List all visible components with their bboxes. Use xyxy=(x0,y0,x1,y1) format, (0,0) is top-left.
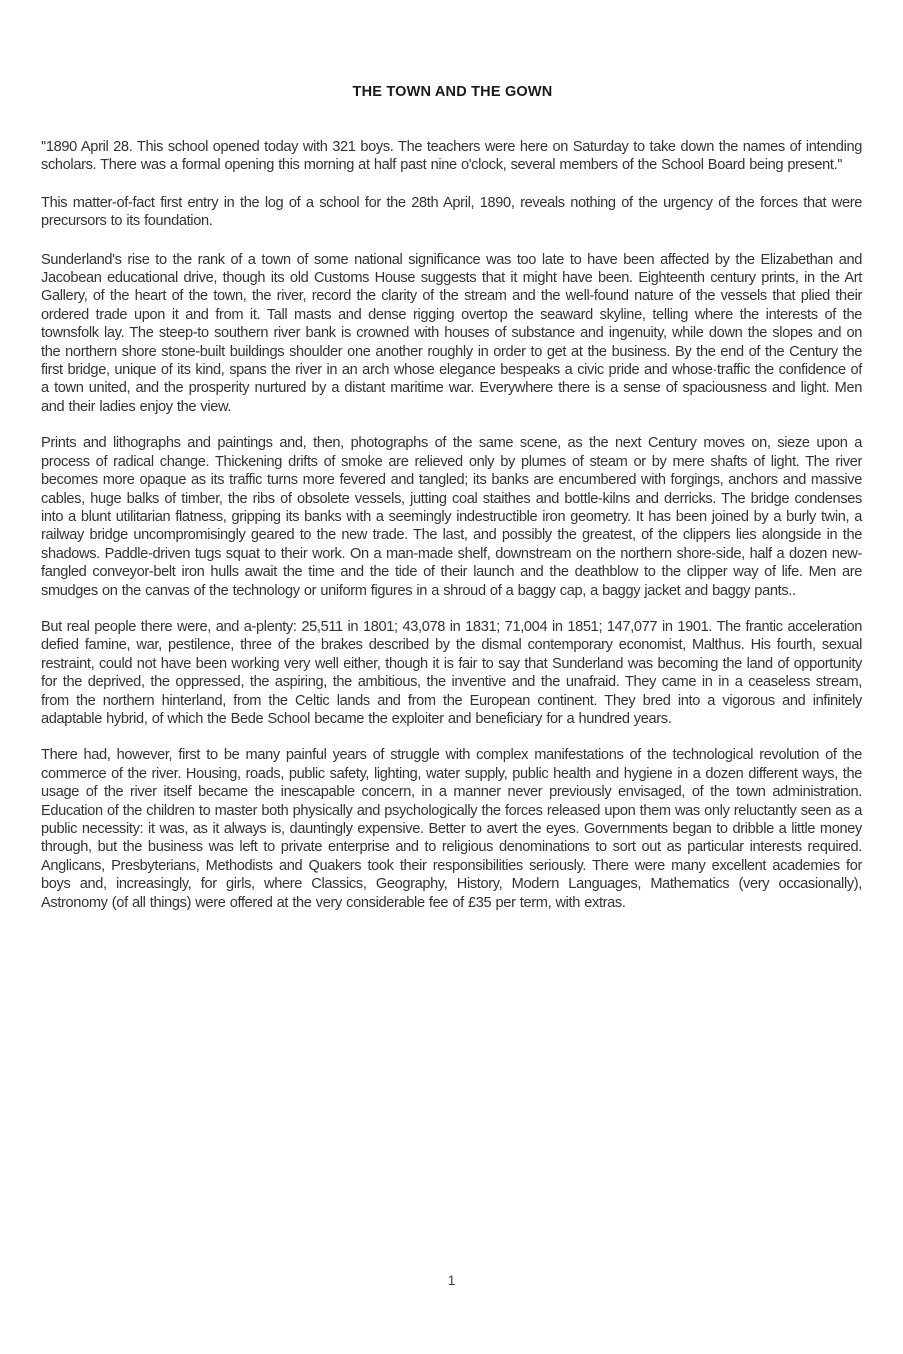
page-title: THE TOWN AND THE GOWN xyxy=(41,84,862,100)
paragraph-population: But real people there were, and a-plenty… xyxy=(41,618,862,728)
document-page: THE TOWN AND THE GOWN ''1890 April 28. T… xyxy=(41,84,862,930)
paragraph-education-struggle: There had, however, first to be many pai… xyxy=(41,746,862,912)
paragraph-first-entry: This matter-of-fact first entry in the l… xyxy=(41,194,862,231)
paragraph-radical-change: Prints and lithographs and paintings and… xyxy=(41,434,862,600)
paragraph-sunderland-rise: Sunderland's rise to the rank of a town … xyxy=(41,251,862,417)
paragraph-log-entry-quote: ''1890 April 28. This school opened toda… xyxy=(41,138,862,175)
page-number: 1 xyxy=(0,1272,903,1288)
